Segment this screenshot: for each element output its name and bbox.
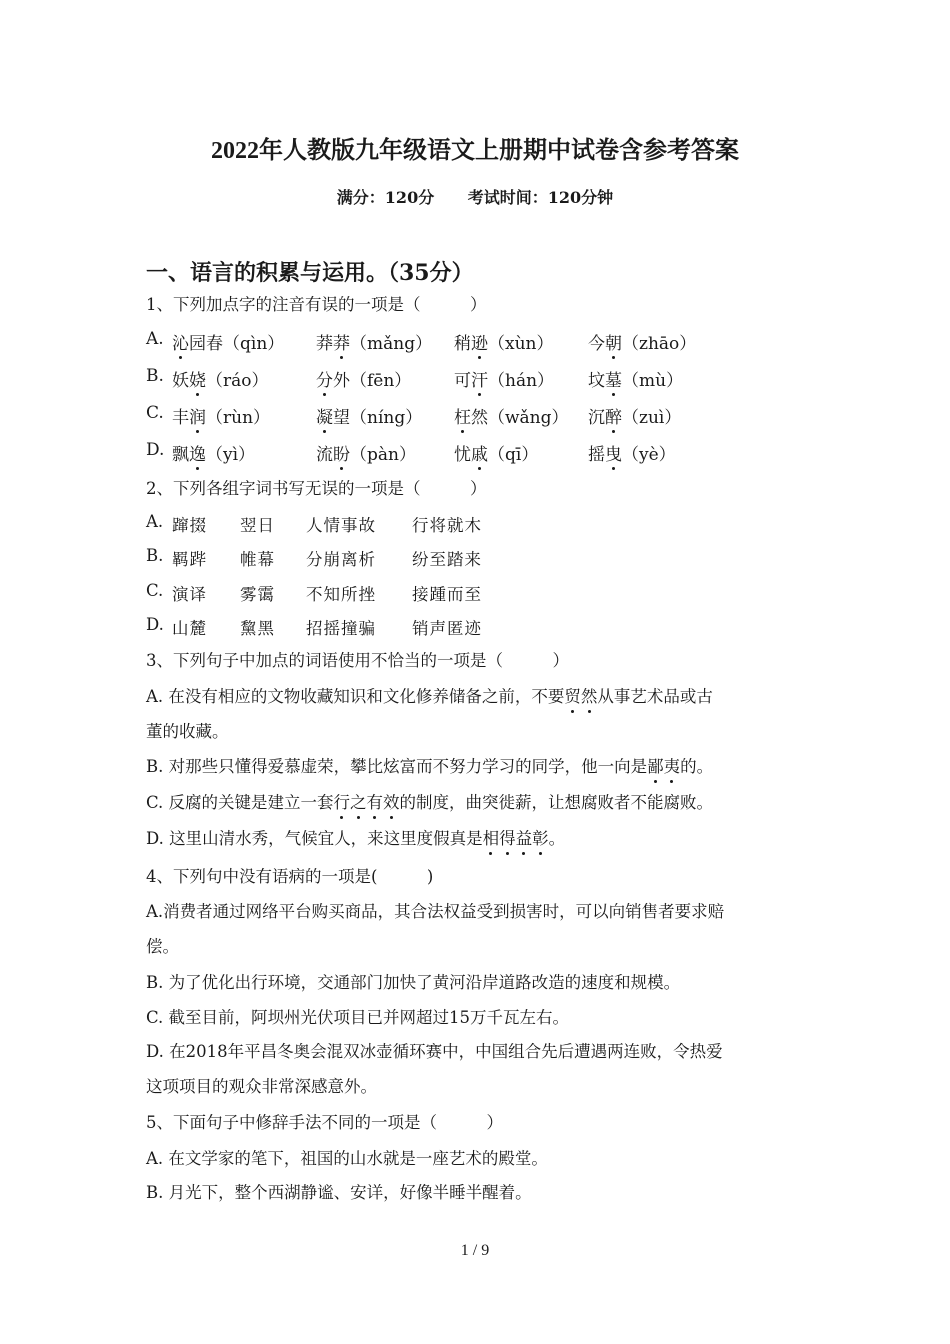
question-2-stem: 2、下列各组字词书写无误的一项是（ ） [146, 478, 487, 500]
pinyin-item: 今朝（zhāo） [588, 329, 696, 354]
option-letter: D. [146, 440, 164, 460]
pinyin-item: 流盼（pàn） [316, 440, 416, 465]
question-3-option-a-cont: 董的收藏。 [146, 721, 229, 743]
word-item: 山麓 [172, 615, 207, 639]
question-5-option-a: A. 在文学家的笔下，祖国的山水就是一座艺术的殿堂。 [146, 1148, 548, 1170]
word-item: 纷至踏来 [412, 546, 482, 570]
section-heading: 一、语言的积累与运用。（35分） [146, 256, 474, 287]
question-3-option-c: C. 反腐的关键是建立一套行之有效的制度，曲突徙薪，让想腐败者不能腐败。 [146, 792, 713, 814]
question-5-option-b: B. 月光下，整个西湖静谧、安详，好像半睡半醒着。 [146, 1182, 532, 1204]
option-letter: C. [146, 403, 164, 423]
word-item: 人情事故 [306, 512, 376, 536]
pinyin-item: 枉然（wǎng） [454, 403, 569, 428]
word-item: 翌日 [240, 512, 275, 536]
word-item: 蹿掇 [172, 512, 207, 536]
word-item: 雾霭 [240, 581, 275, 605]
word-item: 行将就木 [412, 512, 482, 536]
exam-time: 考试时间：120分钟 [468, 188, 613, 207]
word-item: 分崩离析 [306, 546, 376, 570]
question-3-option-b: B. 对那些只懂得爱慕虚荣，攀比炫富而不努力学习的同学，他一向是鄙夷的。 [146, 756, 713, 778]
pinyin-item: 沉醉（zuì） [588, 403, 681, 428]
word-item: 演译 [172, 581, 207, 605]
word-item: 接踵而至 [412, 581, 482, 605]
exam-meta: 满分：120分 考试时间：120分钟 [0, 185, 950, 208]
pinyin-item: 妖娆（ráo） [172, 366, 269, 391]
question-4-option-c: C. 截至目前，阿坝州光伏项目已并网超过15万千瓦左右。 [146, 1007, 569, 1029]
word-item: 帷幕 [240, 546, 275, 570]
pinyin-item: 可汗（hán） [454, 366, 554, 391]
question-4-stem: 4、下列句中没有语病的一项是( ) [146, 866, 433, 888]
page-number: 1 / 9 [0, 1242, 950, 1260]
document-title: 2022年人教版九年级语文上册期中试卷含参考答案 [0, 130, 950, 165]
option-letter: B. [146, 366, 164, 386]
pinyin-item: 摇曳（yè） [588, 440, 676, 465]
full-score: 满分：120分 [337, 188, 434, 207]
word-item: 招摇撞骗 [306, 615, 376, 639]
option-letter: C. [146, 581, 163, 600]
question-3-option-a: A. 在没有相应的文物收藏知识和文化修养储备之前，不要贸然从事艺术品或古 [146, 686, 713, 708]
question-4-option-b: B. 为了优化出行环境，交通部门加快了黄河沿岸道路改造的速度和规模。 [146, 972, 680, 994]
option-letter: B. [146, 546, 163, 565]
pinyin-item: 坟墓（mù） [588, 366, 683, 391]
question-1-stem: 1、下列加点字的注音有误的一项是（ ） [146, 294, 487, 316]
question-4-option-d: D. 在2018年平昌冬奥会混双冰壶循环赛中，中国组合先后遭遇两连败，令热爱 [146, 1041, 723, 1063]
word-item: 羁跸 [172, 546, 207, 570]
word-item: 不知所挫 [306, 581, 376, 605]
exam-page: 2022年人教版九年级语文上册期中试卷含参考答案 满分：120分 考试时间：12… [0, 0, 950, 1344]
word-item: 销声匿迹 [412, 615, 482, 639]
option-letter: A. [146, 329, 164, 349]
pinyin-item: 飘逸（yì） [172, 440, 255, 465]
pinyin-item: 稍逊（xùn） [454, 329, 554, 354]
pinyin-item: 莽莽（mǎng） [316, 329, 432, 354]
pinyin-item: 凝望（níng） [316, 403, 422, 428]
pinyin-item: 沁园春（qìn） [172, 329, 284, 354]
question-3-option-d: D. 这里山清水秀，气候宜人，来这里度假真是相得益彰。 [146, 828, 565, 850]
pinyin-item: 忧戚（qī） [454, 440, 538, 465]
question-4-option-a-cont: 偿。 [146, 936, 179, 958]
word-item: 黧黑 [240, 615, 275, 639]
question-3-stem: 3、下列句子中加点的词语使用不恰当的一项是（ ） [146, 650, 569, 672]
option-letter: A. [146, 512, 163, 531]
pinyin-item: 丰润（rùn） [172, 403, 270, 428]
question-5-stem: 5、下面句子中修辞手法不同的一项是（ ） [146, 1112, 503, 1134]
question-4-option-d-cont: 这项项目的观众非常深感意外。 [146, 1076, 377, 1098]
option-letter: D. [146, 615, 164, 634]
question-4-option-a: A.消费者通过网络平台购买商品，其合法权益受到损害时，可以向销售者要求赔 [146, 901, 724, 923]
pinyin-item: 分外（fēn） [316, 366, 411, 391]
